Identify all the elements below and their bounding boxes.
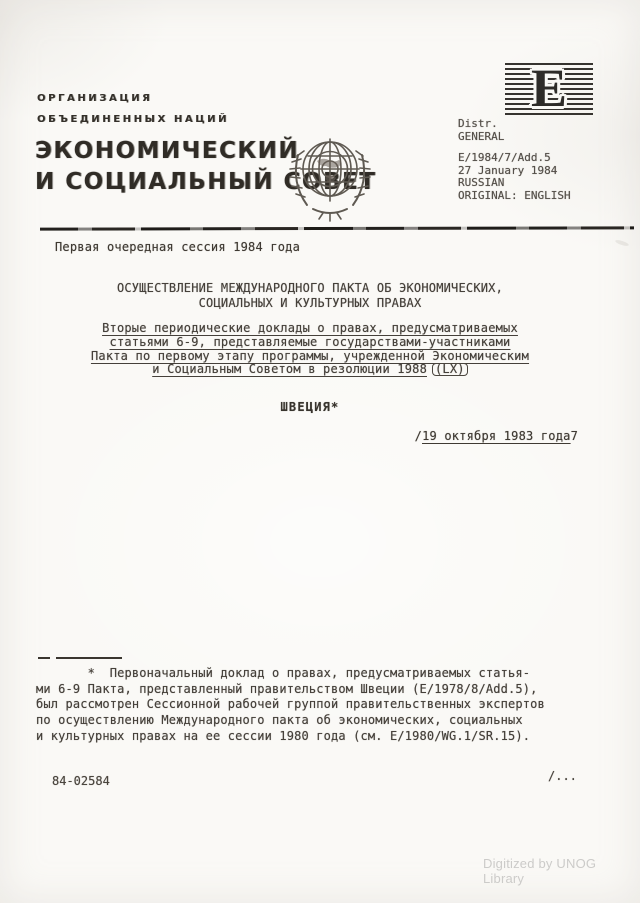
- series-letter: E: [531, 61, 567, 115]
- document-original-language: ORIGINAL: ENGLISH: [458, 190, 571, 203]
- distribution-block: Distr. GENERAL E/1984/7/Add.5 27 January…: [458, 118, 571, 203]
- continuation-mark: /...: [548, 769, 577, 783]
- subtitle-line: статьями 6-9, представляемые государства…: [60, 336, 560, 350]
- distr-label: Distr.: [458, 118, 571, 131]
- un-emblem-icon: [283, 131, 377, 223]
- scan-speck: [615, 239, 630, 247]
- digitization-watermark: Digitized by UNOG Library: [483, 856, 640, 886]
- document-page: ОРГАНИЗАЦИЯ ОБЪЕДИНЕННЫХ НАЦИЙ ЭКОНОМИЧЕ…: [0, 0, 640, 903]
- resolution-highlight-box: (LX): [432, 363, 468, 376]
- subtitle-line: Вторые периодические доклады о правах, п…: [60, 322, 560, 336]
- bracket-close: 7: [571, 429, 578, 443]
- un-org-header: ОРГАНИЗАЦИЯ ОБЪЕДИНЕННЫХ НАЦИЙ: [37, 88, 229, 130]
- report-date-line: /19 октября 1983 года7: [415, 429, 578, 443]
- country-name: ШВЕЦИЯ*: [60, 400, 560, 414]
- title-line-1: ОСУЩЕСТВЛЕНИЕ МЕЖДУНАРОДНОГО ПАКТА ОБ ЭК…: [60, 281, 560, 296]
- org-line-2: ОБЪЕДИНЕННЫХ НАЦИЙ: [37, 109, 229, 130]
- distr-general: GENERAL: [458, 131, 571, 144]
- e-series-stamp-icon: E: [505, 63, 593, 117]
- footnote-separator: [38, 657, 122, 659]
- document-number: 84-02584: [52, 774, 110, 788]
- scan-artifact-line: [40, 226, 634, 230]
- org-line-1: ОРГАНИЗАЦИЯ: [37, 88, 229, 109]
- document-title: ОСУЩЕСТВЛЕНИЕ МЕЖДУНАРОДНОГО ПАКТА ОБ ЭК…: [60, 281, 560, 310]
- document-subtitle: Вторые периодические доклады о правах, п…: [60, 322, 560, 377]
- document-symbol: E/1984/7/Add.5: [458, 152, 571, 165]
- title-line-2: СОЦИАЛЬНЫХ И КУЛЬТУРНЫХ ПРАВАХ: [60, 296, 560, 311]
- footnote-text: * Первоначальный доклад о правах, предус…: [36, 666, 588, 745]
- subtitle-line: и Социальным Советом в резолюции 1988(LX…: [60, 363, 560, 377]
- subtitle-line: Пакта по первому этапу программы, учрежд…: [60, 350, 560, 364]
- bracket-open: /: [415, 429, 422, 443]
- report-date: 19 октября 1983 года: [422, 429, 571, 443]
- session-line: Первая очередная сессия 1984 года: [55, 240, 300, 254]
